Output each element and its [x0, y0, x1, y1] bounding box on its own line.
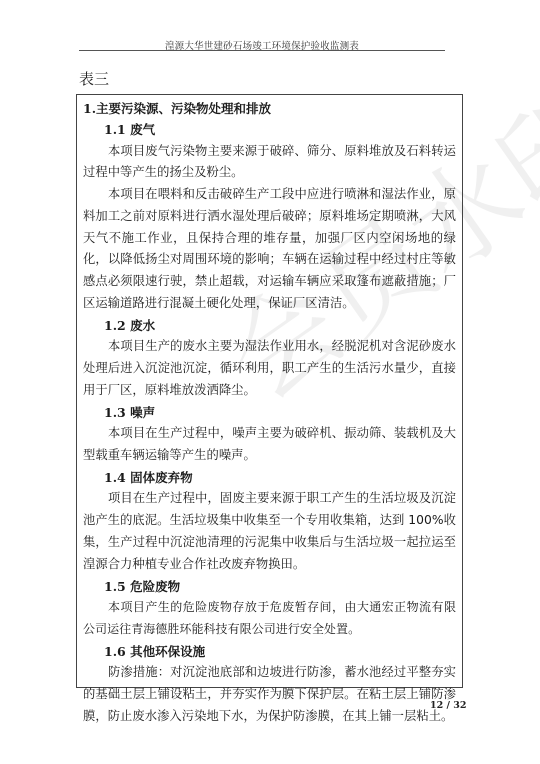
subsection-heading-waste-gas: 1.1 废气	[83, 119, 456, 141]
paragraph: 本项目废气污染物主要来源于破碎、筛分、原料堆放及石料转运过程中等产生的扬尘及粉尘…	[83, 141, 456, 185]
header-divider	[79, 50, 445, 51]
section-title: 1.主要污染源、污染物处理和排放	[83, 98, 456, 119]
subsection-heading-hazardous-waste: 1.5 危险废物	[83, 576, 456, 598]
subsection-heading-solid-waste: 1.4 固体废弃物	[83, 467, 456, 489]
paragraph: 本项目产生的危险废物存放于危废暂存间，由大通宏正物流有限公司运往青海德胜环能科技…	[83, 597, 456, 641]
paragraph: 本项目在生产过程中，噪声主要为破碎机、振动筛、装载机及大型载重车辆运输等产生的噪…	[83, 423, 456, 467]
paragraph: 本项目生产的废水主要为湿法作业用水，经脱泥机对含泥砂废水处理后进入沉淀池沉淀，循…	[83, 336, 456, 401]
paragraph: 项目在生产过程中，固废主要来源于职工产生的生活垃圾及沉淀池产生的底泥。生活垃圾集…	[83, 488, 456, 575]
paragraph: 防渗措施：对沉淀池底部和边坡进行防渗，蓄水池经过平整夯实的基础土层上铺设粘土，并…	[83, 662, 456, 727]
page-number: 12 / 32	[430, 700, 467, 711]
content-table-box: 1.主要污染源、污染物处理和排放 1.1 废气 本项目废气污染物主要来源于破碎、…	[76, 94, 463, 688]
subsection-heading-other-facilities: 1.6 其他环保设施	[83, 641, 456, 663]
table-title: 表三	[79, 68, 109, 89]
paragraph: 本项目在喂料和反击破碎生产工段中应进行喷淋和湿法作业，原料加工之前对原料进行洒水…	[83, 184, 456, 315]
subsection-heading-waste-water: 1.2 废水	[83, 315, 456, 337]
subsection-heading-noise: 1.3 噪声	[83, 402, 456, 424]
